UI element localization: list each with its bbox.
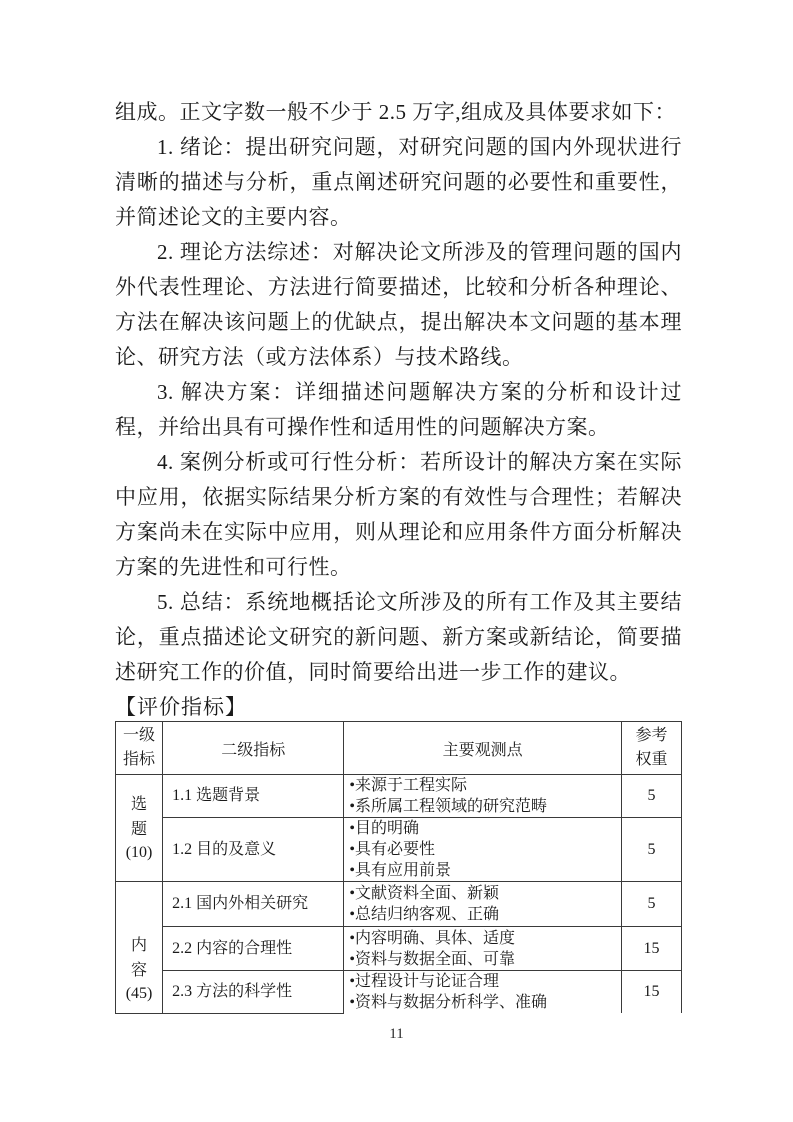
evaluation-criteria-table: 一级指标 二级指标 主要观测点 参考权重 选题 (10) 1.1 选题背景 来源… (115, 721, 682, 1014)
weight-cell: 5 (621, 882, 681, 927)
bullet-point: 资料与数据分析科学、准确 (349, 992, 620, 1013)
document-page: 组成。正文字数一般不少于 2.5 万字,组成及具体要求如下： 1. 绪论：提出研… (0, 0, 793, 1122)
bullet-point: 资料与数据全面、可靠 (349, 949, 620, 970)
points-cell: 过程设计与论证合理 资料与数据分析科学、准确 (344, 971, 621, 1014)
table-row-1-2: 1.2 目的及意义 目的明确 具有必要性 具有应用前景 5 (116, 818, 682, 882)
group-score: (10) (116, 842, 162, 864)
bullet-point: 目的明确 (349, 818, 620, 839)
page-number: 11 (0, 1026, 793, 1043)
numbered-item-5: 5. 总结：系统地概括论文所涉及的所有工作及其主要结论，重点描述论文研究的新问题… (115, 585, 682, 690)
points-cell: 目的明确 具有必要性 具有应用前景 (344, 818, 621, 882)
bullet-point: 内容明确、具体、适度 (349, 928, 620, 949)
numbered-item-2: 2. 理论方法综述：对解决论文所涉及的管理问题的国内外代表性理论、方法进行简要描… (115, 235, 682, 375)
bullet-point: 总结归纳客观、正确 (349, 904, 620, 925)
table-row-2-1: 内容 (45) 2.1 国内外相关研究 文献资料全面、新颖 总结归纳客观、正确 … (116, 882, 682, 927)
numbered-item-4: 4. 案例分析或可行性分析：若所设计的解决方案在实际中应用，依据实际结果分析方案… (115, 445, 682, 585)
bullet-point: 文献资料全面、新颖 (349, 883, 620, 904)
numbered-item-1: 1. 绪论：提出研究问题，对研究问题的国内外现状进行清晰的描述与分析，重点阐述研… (115, 130, 682, 235)
paragraph-continuation: 组成。正文字数一般不少于 2.5 万字,组成及具体要求如下： (115, 95, 682, 130)
table-row-2-3: 2.3 方法的科学性 过程设计与论证合理 资料与数据分析科学、准确 15 (116, 971, 682, 1014)
header-level1-indicator: 一级指标 (116, 722, 163, 775)
points-cell: 文献资料全面、新颖 总结归纳客观、正确 (344, 882, 621, 927)
group-score: (45) (116, 983, 162, 1005)
numbered-item-3: 3. 解决方案：详细描述问题解决方案的分析和设计过程，并给出具有可操作性和适用性… (115, 375, 682, 445)
points-cell: 来源于工程实际 系所属工程领域的研究范畴 (344, 775, 621, 818)
weight-cell: 15 (621, 927, 681, 971)
main-text-block: 组成。正文字数一般不少于 2.5 万字,组成及具体要求如下： 1. 绪论：提出研… (115, 95, 682, 1014)
table-header-row: 一级指标 二级指标 主要观测点 参考权重 (116, 722, 682, 775)
bullet-point: 具有应用前景 (349, 860, 620, 881)
header-reference-weight: 参考权重 (621, 722, 681, 775)
indicator-cell: 2.3 方法的科学性 (163, 971, 344, 1014)
group-name: 内容 (131, 933, 147, 983)
bullet-point: 具有必要性 (349, 839, 620, 860)
indicator-cell: 2.2 内容的合理性 (163, 927, 344, 971)
indicator-cell: 2.1 国内外相关研究 (163, 882, 344, 927)
indicator-cell: 1.1 选题背景 (163, 775, 344, 818)
group-cell-content: 内容 (45) (116, 882, 163, 1014)
bullet-point: 过程设计与论证合理 (349, 971, 620, 992)
header-observation-points: 主要观测点 (344, 722, 621, 775)
table-row-1-1: 选题 (10) 1.1 选题背景 来源于工程实际 系所属工程领域的研究范畴 5 (116, 775, 682, 818)
table-row-2-2: 2.2 内容的合理性 内容明确、具体、适度 资料与数据全面、可靠 15 (116, 927, 682, 971)
points-cell: 内容明确、具体、适度 资料与数据全面、可靠 (344, 927, 621, 971)
section-header-evaluation: 【评价指标】 (115, 690, 682, 725)
indicator-cell: 1.2 目的及意义 (163, 818, 344, 882)
bullet-point: 系所属工程领域的研究范畴 (349, 796, 620, 817)
weight-cell: 5 (621, 775, 681, 818)
group-cell-topic: 选题 (10) (116, 775, 163, 882)
group-name: 选题 (131, 792, 147, 842)
weight-cell: 15 (621, 971, 681, 1014)
weight-cell: 5 (621, 818, 681, 882)
header-level2-indicator: 二级指标 (163, 722, 344, 775)
bullet-point: 来源于工程实际 (349, 775, 620, 796)
